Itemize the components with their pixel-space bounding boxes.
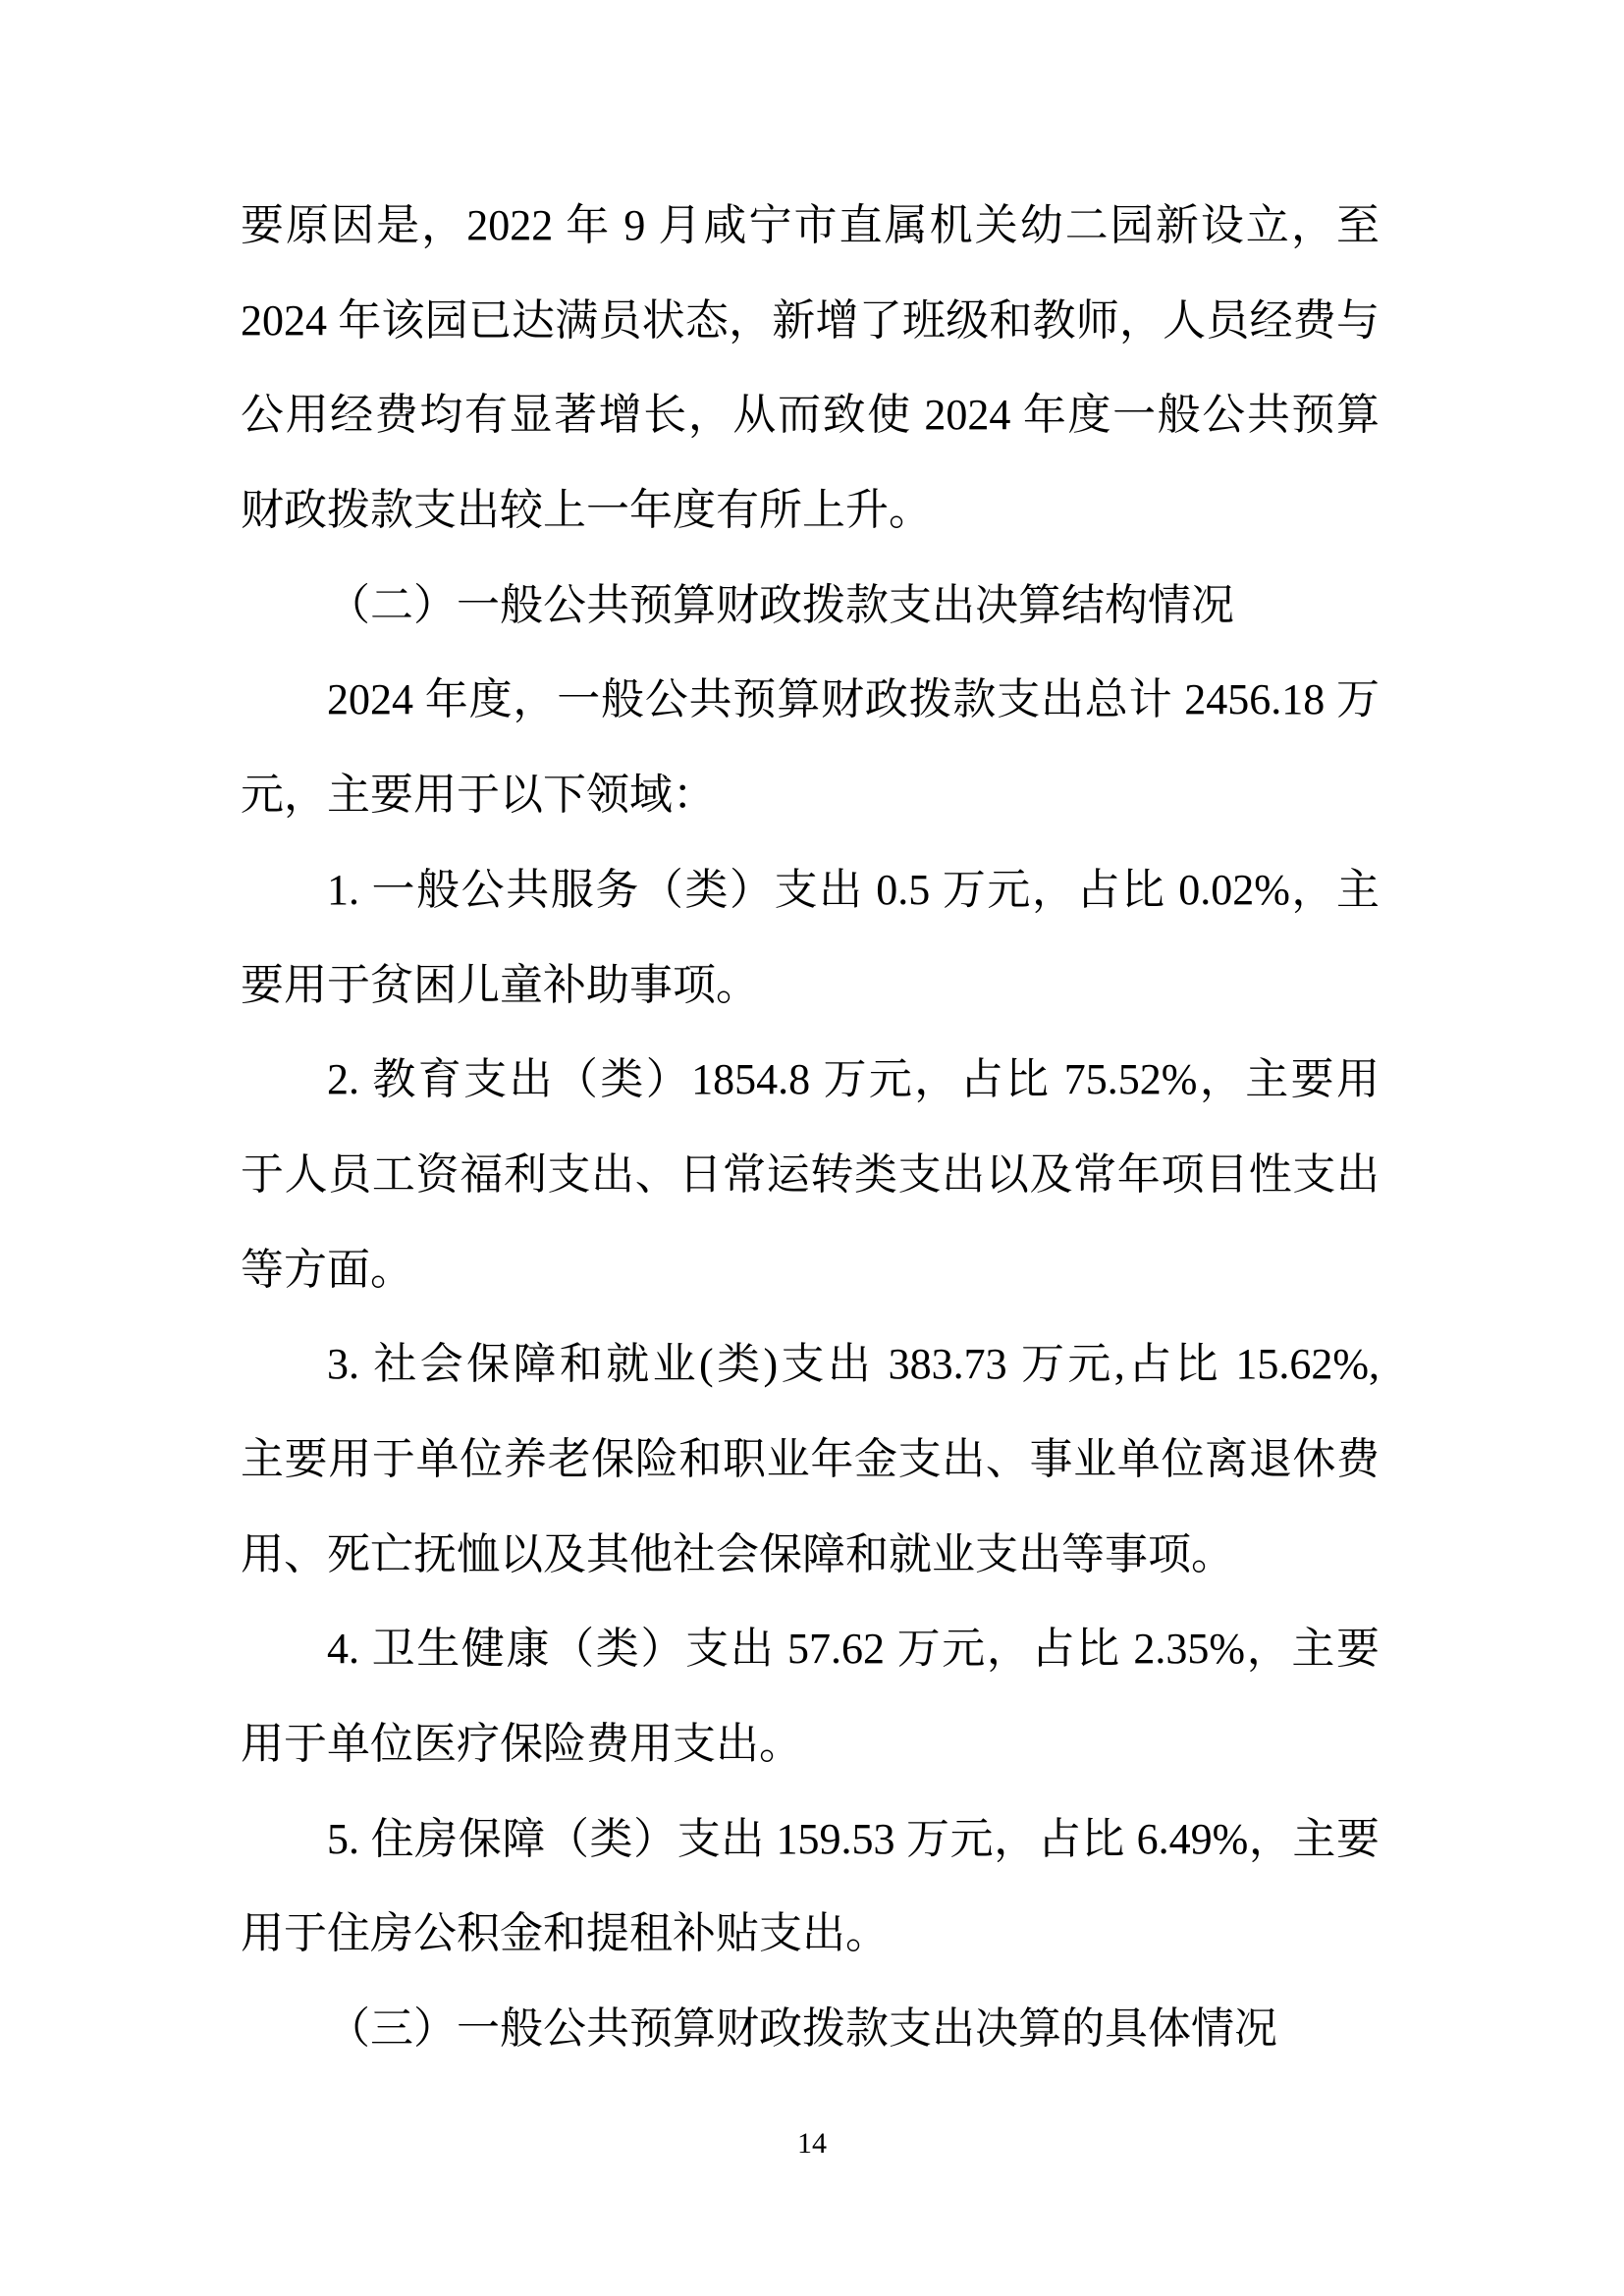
text-line: （三）一般公共预算财政拨款支出决算的具体情况: [241, 1982, 1380, 2077]
text-line: 用于住房公积金和提租补贴支出。: [241, 1887, 1380, 1982]
paragraph: 要原因是，2022 年 9 月咸宁市直属机关幼二园新设立，至 2024 年该园已…: [241, 179, 1380, 559]
list-item-paragraph: 5. 住房保障（类）支出 159.53 万元，占比 6.49%，主要 用于住房公…: [241, 1792, 1380, 1982]
document-page: 要原因是，2022 年 9 月咸宁市直属机关幼二园新设立，至 2024 年该园已…: [0, 0, 1624, 2296]
paragraph: 2024 年度，一般公共预算财政拨款支出总计 2456.18 万 元，主要用于以…: [241, 653, 1380, 842]
text-line: 主要用于单位养老保险和职业年金支出、事业单位离退休费: [241, 1413, 1380, 1508]
list-item-paragraph: 2. 教育支出（类）1854.8 万元，占比 75.52%，主要用 于人员工资福…: [241, 1033, 1380, 1317]
section-heading: （二）一般公共预算财政拨款支出决算结构情况: [241, 559, 1380, 654]
text-line: （二）一般公共预算财政拨款支出决算结构情况: [241, 559, 1380, 654]
text-line: 于人员工资福利支出、日常运转类支出以及常年项目性支出: [241, 1128, 1380, 1223]
text-line: 2024 年该园已达满员状态，新增了班级和教师，人员经费与: [241, 274, 1380, 369]
text-line: 2024 年度，一般公共预算财政拨款支出总计 2456.18 万: [241, 653, 1380, 748]
document-text-block: 要原因是，2022 年 9 月咸宁市直属机关幼二园新设立，至 2024 年该园已…: [241, 179, 1380, 2077]
list-item-paragraph: 3. 社会保障和就业(类)支出 383.73 万元,占比 15.62%, 主要用…: [241, 1317, 1380, 1602]
text-line: 要用于贫困儿童补助事项。: [241, 938, 1380, 1034]
text-line: 元，主要用于以下领域：: [241, 748, 1380, 843]
text-line: 4. 卫生健康（类）支出 57.62 万元，占比 2.35%，主要: [241, 1602, 1380, 1697]
list-item-paragraph: 1. 一般公共服务（类）支出 0.5 万元，占比 0.02%，主 要用于贫困儿童…: [241, 843, 1380, 1033]
text-line: 3. 社会保障和就业(类)支出 383.73 万元,占比 15.62%,: [241, 1317, 1380, 1413]
text-line: 5. 住房保障（类）支出 159.53 万元，占比 6.49%，主要: [241, 1792, 1380, 1888]
section-heading: （三）一般公共预算财政拨款支出决算的具体情况: [241, 1982, 1380, 2077]
text-line: 公用经费均有显著增长，从而致使 2024 年度一般公共预算: [241, 368, 1380, 463]
list-item-paragraph: 4. 卫生健康（类）支出 57.62 万元，占比 2.35%，主要 用于单位医疗…: [241, 1602, 1380, 1791]
text-line: 2. 教育支出（类）1854.8 万元，占比 75.52%，主要用: [241, 1033, 1380, 1128]
text-line: 用、死亡抚恤以及其他社会保障和就业支出等事项。: [241, 1508, 1380, 1603]
text-line: 要原因是，2022 年 9 月咸宁市直属机关幼二园新设立，至: [241, 179, 1380, 274]
text-line: 用于单位医疗保险费用支出。: [241, 1697, 1380, 1792]
text-line: 1. 一般公共服务（类）支出 0.5 万元，占比 0.02%，主: [241, 843, 1380, 938]
text-line: 财政拨款支出较上一年度有所上升。: [241, 463, 1380, 559]
text-line: 等方面。: [241, 1223, 1380, 1318]
page-number: 14: [0, 2128, 1624, 2160]
